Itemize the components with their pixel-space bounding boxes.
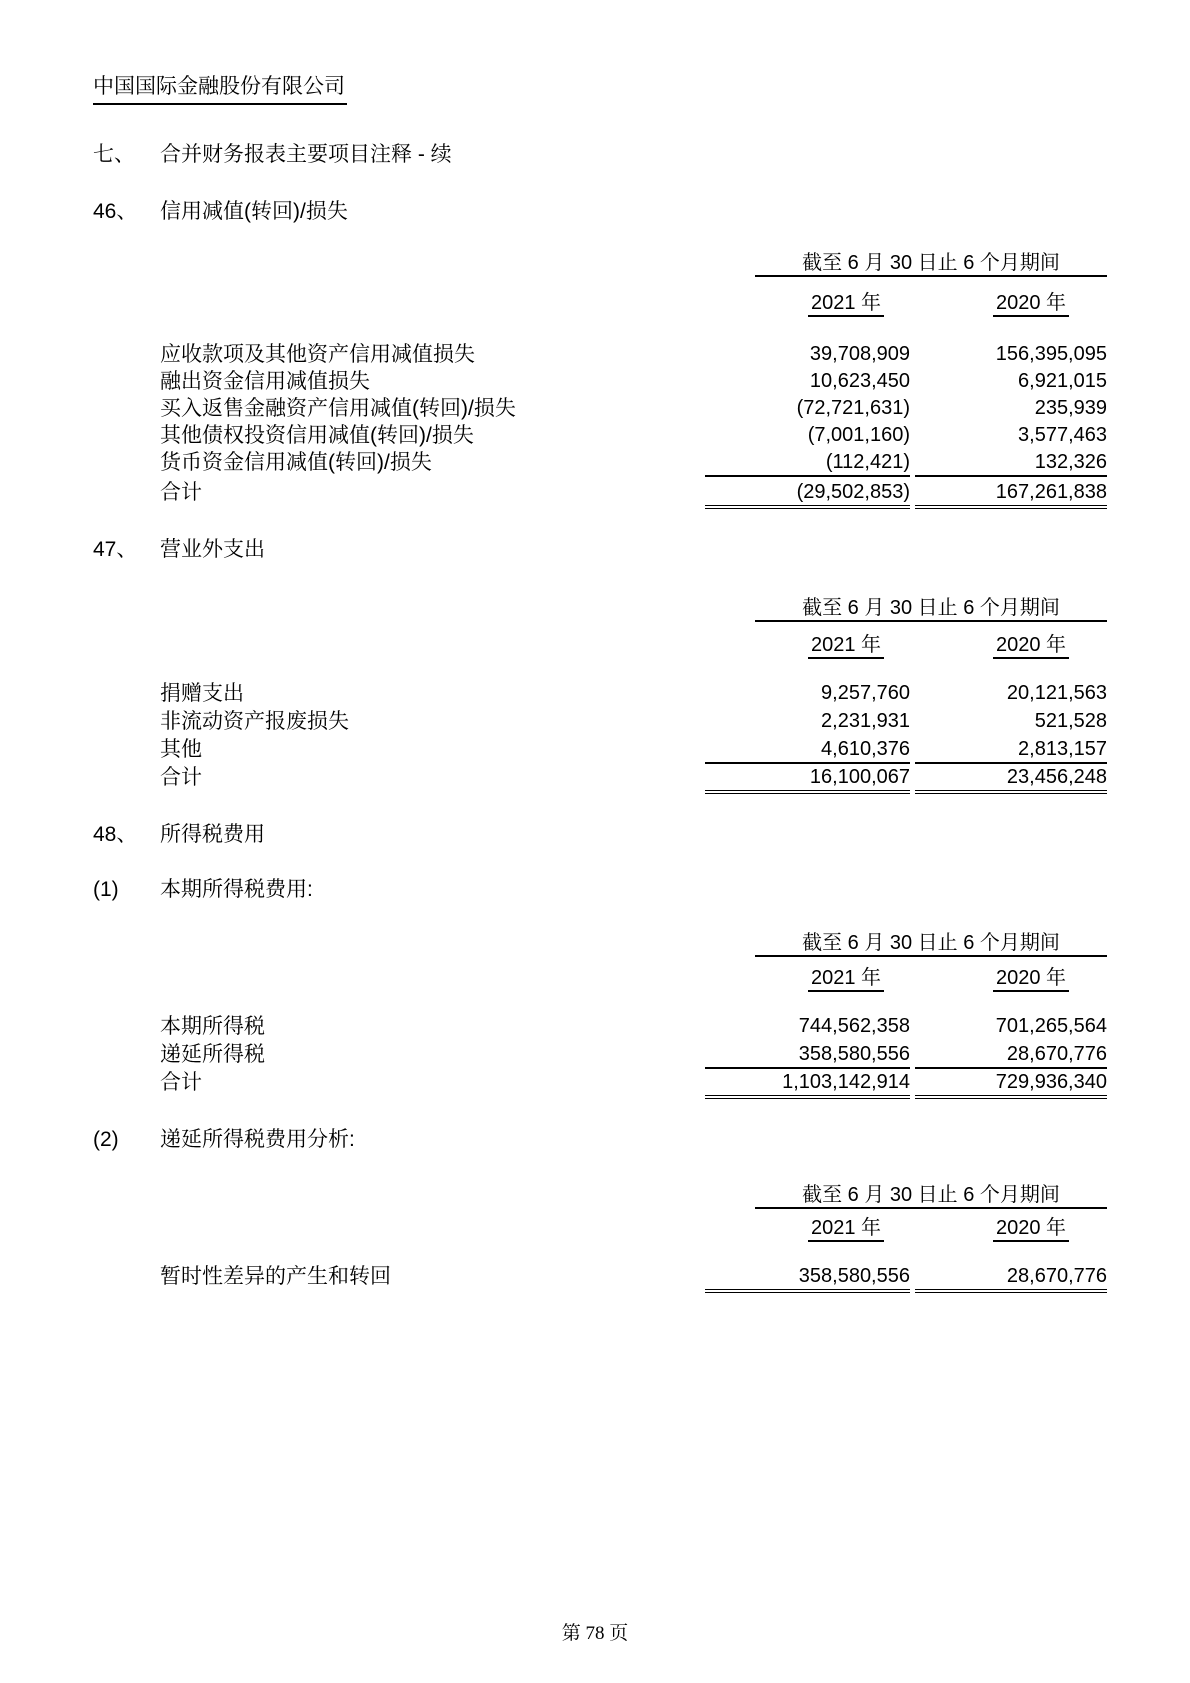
col-header-2020: 2020 年 (940, 286, 1122, 315)
table-row: 递延所得税 358,580,556 28,670,776 (0, 1041, 1190, 1068)
period-header: 截至 6 月 30 日止 6 个月期间 (755, 926, 1107, 957)
value-2020: 20,121,563 (915, 680, 1107, 706)
subsection-1-number: (1) (93, 878, 160, 902)
year-header-row: 2021 年 2020 年 (0, 286, 1190, 313)
section-47-number: 47、 (93, 533, 160, 563)
total-row: 合计 1,103,142,914 729,936,340 (0, 1069, 1190, 1096)
subsection-2-heading: (2)递延所得税费用分析: (93, 1123, 355, 1153)
total-2020: 23,456,248 (915, 764, 1107, 794)
page-number: 第 78 页 (0, 1618, 1190, 1645)
value-2020: 6,921,015 (915, 368, 1107, 394)
document-page: 中国国际金融股份有限公司 七、合并财务报表主要项目注释 - 续 46、信用减值(… (0, 0, 1190, 1683)
table-row: 非流动资产报废损失 2,231,931 521,528 (0, 708, 1190, 735)
col-header-2021: 2021 年 (755, 286, 937, 315)
col-header-2021: 2021 年 (755, 961, 937, 990)
chapter-number: 七、 (93, 138, 160, 168)
total-row: 合计 (29,502,853) 167,261,838 (0, 479, 1190, 506)
col-header-2020: 2020 年 (940, 1211, 1122, 1240)
col-header-2021: 2021 年 (755, 628, 937, 657)
row-label: 其他 (160, 736, 202, 763)
table-row: 本期所得税 744,562,358 701,265,564 (0, 1013, 1190, 1040)
value-2020: 132,326 (915, 449, 1107, 477)
value-2021: 9,257,760 (705, 680, 910, 706)
section-47-title: 营业外支出 (160, 538, 265, 561)
value-2020: 2,813,157 (915, 736, 1107, 764)
value-2020: 28,670,776 (915, 1041, 1107, 1069)
row-label: 本期所得税 (160, 1013, 265, 1040)
value-2020: 156,395,095 (915, 341, 1107, 367)
table-row: 其他债权投资信用减值(转回)/损失 (7,001,160) 3,577,463 (0, 422, 1190, 449)
row-label: 其他债权投资信用减值(转回)/损失 (160, 422, 474, 449)
row-label: 递延所得税 (160, 1041, 265, 1068)
total-2021: 16,100,067 (705, 764, 910, 794)
chapter-title: 合并财务报表主要项目注释 - 续 (160, 143, 452, 166)
value-2021: 4,610,376 (705, 736, 910, 764)
total-2021: 1,103,142,914 (705, 1069, 910, 1099)
value-2020: 521,528 (915, 708, 1107, 734)
value-2021: 10,623,450 (705, 368, 910, 394)
table-row: 买入返售金融资产信用减值(转回)/损失 (72,721,631) 235,939 (0, 395, 1190, 422)
period-header: 截至 6 月 30 日止 6 个月期间 (755, 591, 1107, 622)
year-header-row: 2021 年 2020 年 (0, 1211, 1190, 1238)
value-2021: (7,001,160) (705, 422, 910, 448)
value-2021: 2,231,931 (705, 708, 910, 734)
period-header: 截至 6 月 30 日止 6 个月期间 (755, 1178, 1107, 1209)
total-2020: 729,936,340 (915, 1069, 1107, 1099)
section-48-number: 48、 (93, 818, 160, 848)
table-row: 融出资金信用减值损失 10,623,450 6,921,015 (0, 368, 1190, 395)
col-header-2021: 2021 年 (755, 1211, 937, 1240)
value-2020: 701,265,564 (915, 1013, 1107, 1039)
subsection-2-number: (2) (93, 1128, 160, 1152)
section-47-heading: 47、营业外支出 (93, 533, 265, 563)
value-2020: 235,939 (915, 395, 1107, 421)
value-2021: 358,580,556 (705, 1263, 910, 1293)
row-label: 买入返售金融资产信用减值(转回)/损失 (160, 395, 516, 422)
value-2021: 39,708,909 (705, 341, 910, 367)
section-48-title: 所得税费用 (160, 823, 265, 846)
period-header: 截至 6 月 30 日止 6 个月期间 (755, 246, 1107, 277)
table-row: 其他 4,610,376 2,813,157 (0, 736, 1190, 763)
value-2021: 358,580,556 (705, 1041, 910, 1069)
subsection-1-heading: (1)本期所得税费用: (93, 873, 313, 903)
section-46-heading: 46、信用减值(转回)/损失 (93, 195, 348, 225)
table-row: 货币资金信用减值(转回)/损失 (112,421) 132,326 (0, 449, 1190, 476)
section-48-heading: 48、所得税费用 (93, 818, 265, 848)
row-label: 捐赠支出 (160, 680, 244, 707)
year-header-row: 2021 年 2020 年 (0, 628, 1190, 655)
table-row: 捐赠支出 9,257,760 20,121,563 (0, 680, 1190, 707)
col-header-2020: 2020 年 (940, 961, 1122, 990)
total-label: 合计 (160, 479, 202, 506)
row-label: 货币资金信用减值(转回)/损失 (160, 449, 432, 476)
subsection-2-title: 递延所得税费用分析: (160, 1128, 355, 1151)
value-2020: 28,670,776 (915, 1263, 1107, 1293)
row-label: 融出资金信用减值损失 (160, 368, 370, 395)
table-row: 应收款项及其他资产信用减值损失 39,708,909 156,395,095 (0, 341, 1190, 368)
value-2020: 3,577,463 (915, 422, 1107, 448)
row-label: 非流动资产报废损失 (160, 708, 349, 735)
year-header-row: 2021 年 2020 年 (0, 961, 1190, 988)
total-2021: (29,502,853) (705, 479, 910, 509)
section-46-number: 46、 (93, 195, 160, 225)
value-2021: (112,421) (705, 449, 910, 477)
total-label: 合计 (160, 764, 202, 791)
chapter-heading: 七、合并财务报表主要项目注释 - 续 (93, 138, 452, 168)
col-header-2020: 2020 年 (940, 628, 1122, 657)
total-2020: 167,261,838 (915, 479, 1107, 509)
value-2021: (72,721,631) (705, 395, 910, 421)
total-label: 合计 (160, 1069, 202, 1096)
total-row: 合计 16,100,067 23,456,248 (0, 764, 1190, 791)
section-46-title: 信用减值(转回)/损失 (160, 200, 348, 223)
table-row: 暂时性差异的产生和转回 358,580,556 28,670,776 (0, 1263, 1190, 1290)
subsection-1-title: 本期所得税费用: (160, 878, 313, 901)
company-name: 中国国际金融股份有限公司 (93, 70, 347, 105)
row-label: 应收款项及其他资产信用减值损失 (160, 341, 475, 368)
value-2021: 744,562,358 (705, 1013, 910, 1039)
row-label: 暂时性差异的产生和转回 (160, 1263, 391, 1290)
